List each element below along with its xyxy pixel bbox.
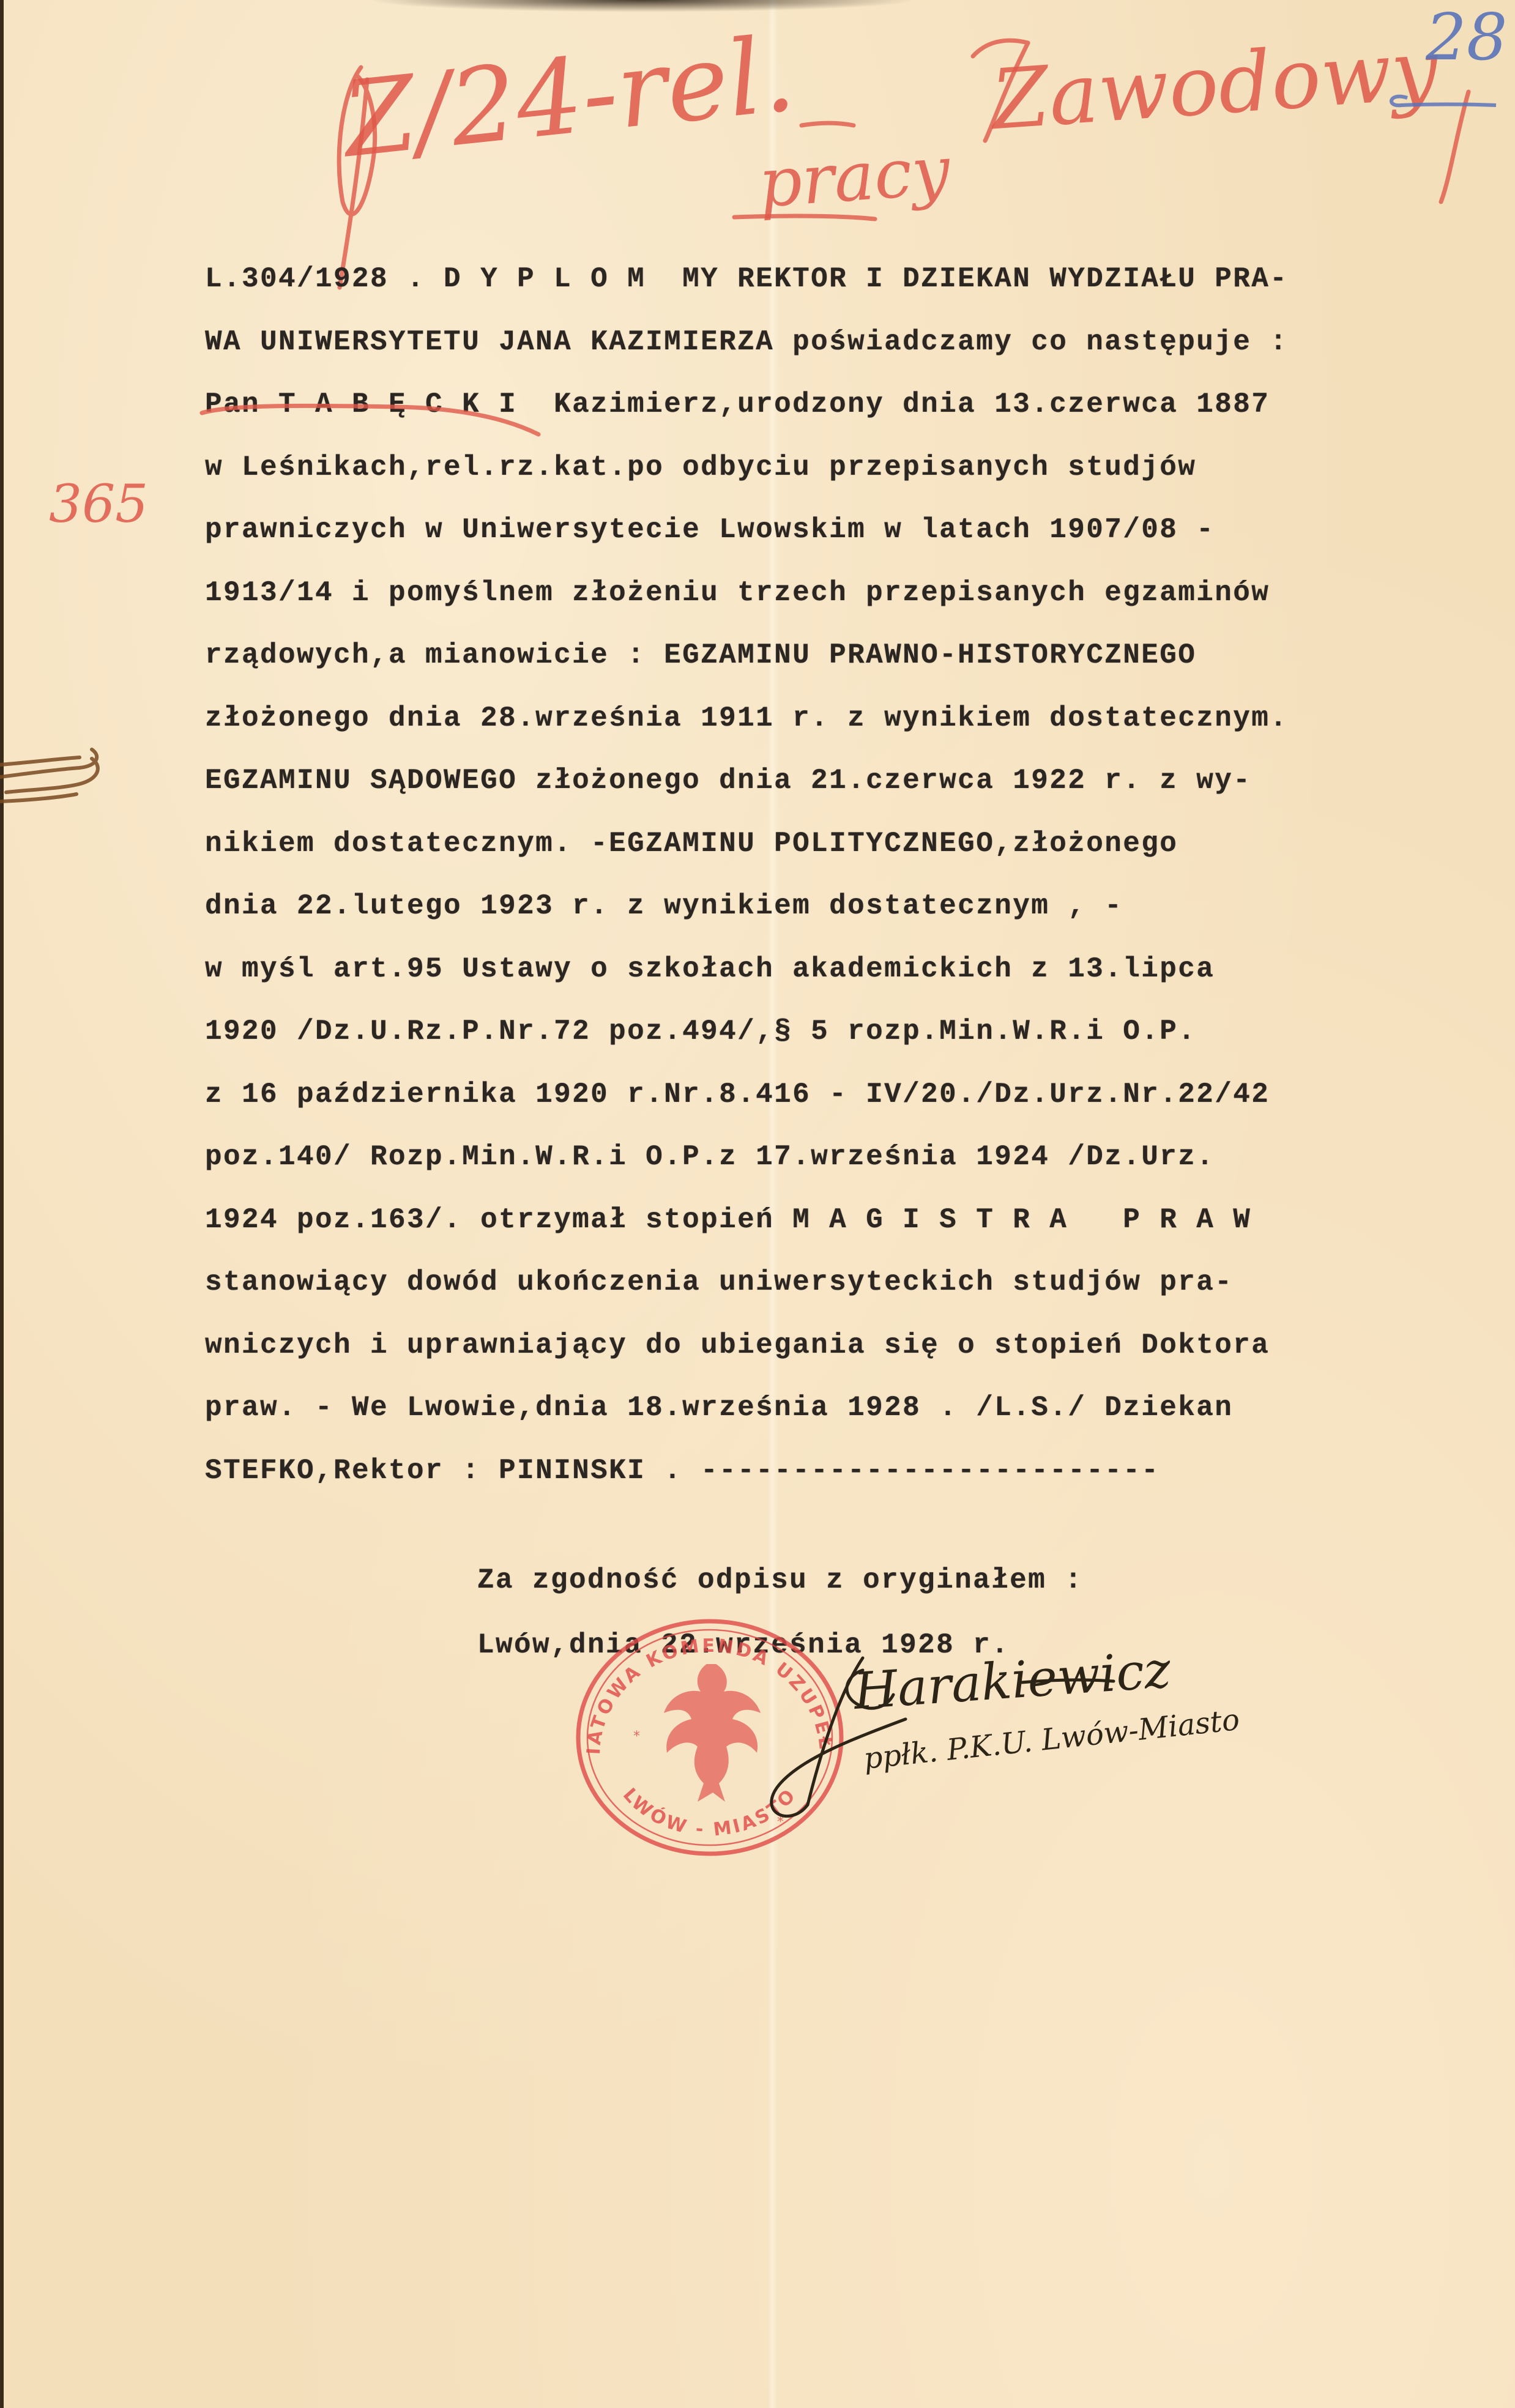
binding-hole-mark <box>0 697 122 783</box>
body-line-degree: 1924 poz.163/. otrzymał stopień M A G I … <box>205 1189 1429 1252</box>
body-line: praw. - We Lwowie,dnia 18.września 1928 … <box>205 1377 1429 1440</box>
body-line: prawniczych w Uniwersytecie Lwowskim w l… <box>205 499 1429 562</box>
name-red-underline <box>196 401 624 437</box>
body-line: złożonego dnia 28.września 1911 r. z wyn… <box>205 687 1429 750</box>
body-line: rządowych,a mianowicie : EGZAMINU PRAWNO… <box>205 624 1429 687</box>
scan-left-edge <box>0 0 4 2408</box>
body-line: L.304/1928 . D Y P L O M MY REKTOR I DZI… <box>205 248 1429 311</box>
certification-statement: Za zgodność odpisu z oryginałem : <box>477 1548 1083 1613</box>
body-line: 1913/14 i pomyślnem złożeniu trzech prze… <box>205 562 1429 625</box>
body-line: dnia 22.lutego 1923 r. z wynikiem dostat… <box>205 875 1429 938</box>
body-line: stanowiący dowód ukończenia uniwersyteck… <box>205 1251 1429 1314</box>
body-line: z 16 października 1920 r.Nr.8.416 - IV/2… <box>205 1063 1429 1126</box>
margin-red-number: 365 <box>49 474 148 535</box>
body-line: wniczych i uprawniający do ubiegania się… <box>205 1314 1429 1377</box>
body-line-signatories: STEFKO,Rektor : PININSKI . -------------… <box>205 1440 1429 1503</box>
body-line: WA UNIWERSYTETU JANA KAZIMIERZA poświadc… <box>205 311 1429 374</box>
body-line: nikiem dostatecznym. -EGZAMINU POLITYCZN… <box>205 812 1429 875</box>
body-line: 1920 /Dz.U.Rz.P.Nr.72 poz.494/,§ 5 rozp.… <box>205 1000 1429 1063</box>
blue-underline <box>0 0 1515 122</box>
svg-text:*: * <box>633 1729 640 1744</box>
annotation-pracy: pracy <box>756 131 953 222</box>
body-line: w myśl art.95 Ustawy o szkołach akademic… <box>205 938 1429 1001</box>
body-line: EGZAMINU SĄDOWEGO złożonego dnia 21.czer… <box>205 749 1429 812</box>
body-line: w Leśnikach,rel.rz.kat.po odbyciu przepi… <box>205 436 1429 499</box>
body-line: poz.140/ Rozp.Min.W.R.i O.P.z 17.wrześni… <box>205 1126 1429 1189</box>
